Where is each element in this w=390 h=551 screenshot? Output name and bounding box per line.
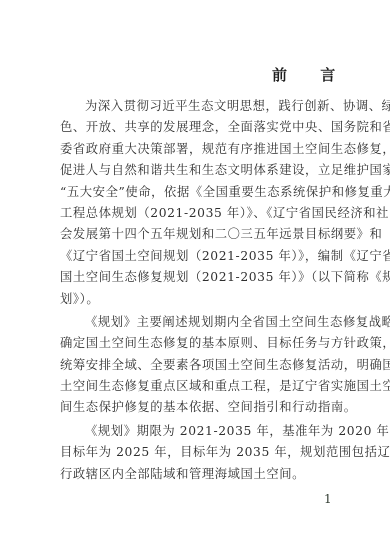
- text-line: 工程总体规划（2021-2035 年）》、《辽宁省国民经济和社: [60, 203, 338, 224]
- text-line: 行政辖区内全部陆域和管理海域国土空间。: [60, 464, 338, 485]
- document-body: 为深入贯彻习近平生态文明思想，践行创新、协调、绿 色、开放、共享的发展理念，全面…: [60, 96, 338, 485]
- text-line: 土空间生态修复重点区域和重点工程，是辽宁省实施国土空: [60, 376, 338, 397]
- text-line: “五大安全”使命，依据《全国重要生态系统保护和修复重大: [60, 182, 338, 203]
- text-line: 色、开放、共享的发展理念，全面落实党中央、国务院和省: [60, 117, 338, 138]
- text-line: 统筹安排全域、全要素各项国土空间生态修复活动，明确国: [60, 355, 338, 376]
- paragraph-3: 《规划》期限为 2021-2035 年，基准年为 2020 年，近期 目标年为 …: [60, 421, 338, 485]
- text-line: 会发展第十四个五年规划和二〇三五年远景目标纲要》和: [60, 224, 338, 245]
- text-line: 《规划》主要阐述规划期内全省国土空间生态修复战略，: [60, 312, 338, 333]
- text-line: 间生态保护修复的基本依据、空间指引和行动指南。: [60, 397, 338, 418]
- text-line: 《辽宁省国土空间规划（2021-2035 年）》，编制《辽宁省: [60, 246, 338, 267]
- text-line: 促进人与自然和谐共生和生态文明体系建设，立足维护国家: [60, 160, 338, 181]
- paragraph-1: 为深入贯彻习近平生态文明思想，践行创新、协调、绿 色、开放、共享的发展理念，全面…: [60, 96, 338, 310]
- text-line: 国土空间生态修复规划（2021-2035 年）》（以下简称《规: [60, 267, 338, 288]
- text-line: 《规划》期限为 2021-2035 年，基准年为 2020 年，近期: [60, 421, 338, 442]
- text-line: 为深入贯彻习近平生态文明思想，践行创新、协调、绿: [60, 96, 338, 117]
- text-line: 目标年为 2025 年，目标年为 2035 年，规划范围包括辽宁省: [60, 442, 338, 463]
- text-line: 委省政府重大决策部署，规范有序推进国土空间生态修复，: [60, 139, 338, 160]
- page-title: 前 言: [272, 64, 349, 85]
- paragraph-2: 《规划》主要阐述规划期内全省国土空间生态修复战略， 确定国土空间生态修复的基本原…: [60, 312, 338, 419]
- page-number: 1: [324, 492, 332, 506]
- text-line: 划》）。: [60, 289, 338, 310]
- text-line: 确定国土空间生态修复的基本原则、目标任务与方针政策，: [60, 333, 338, 354]
